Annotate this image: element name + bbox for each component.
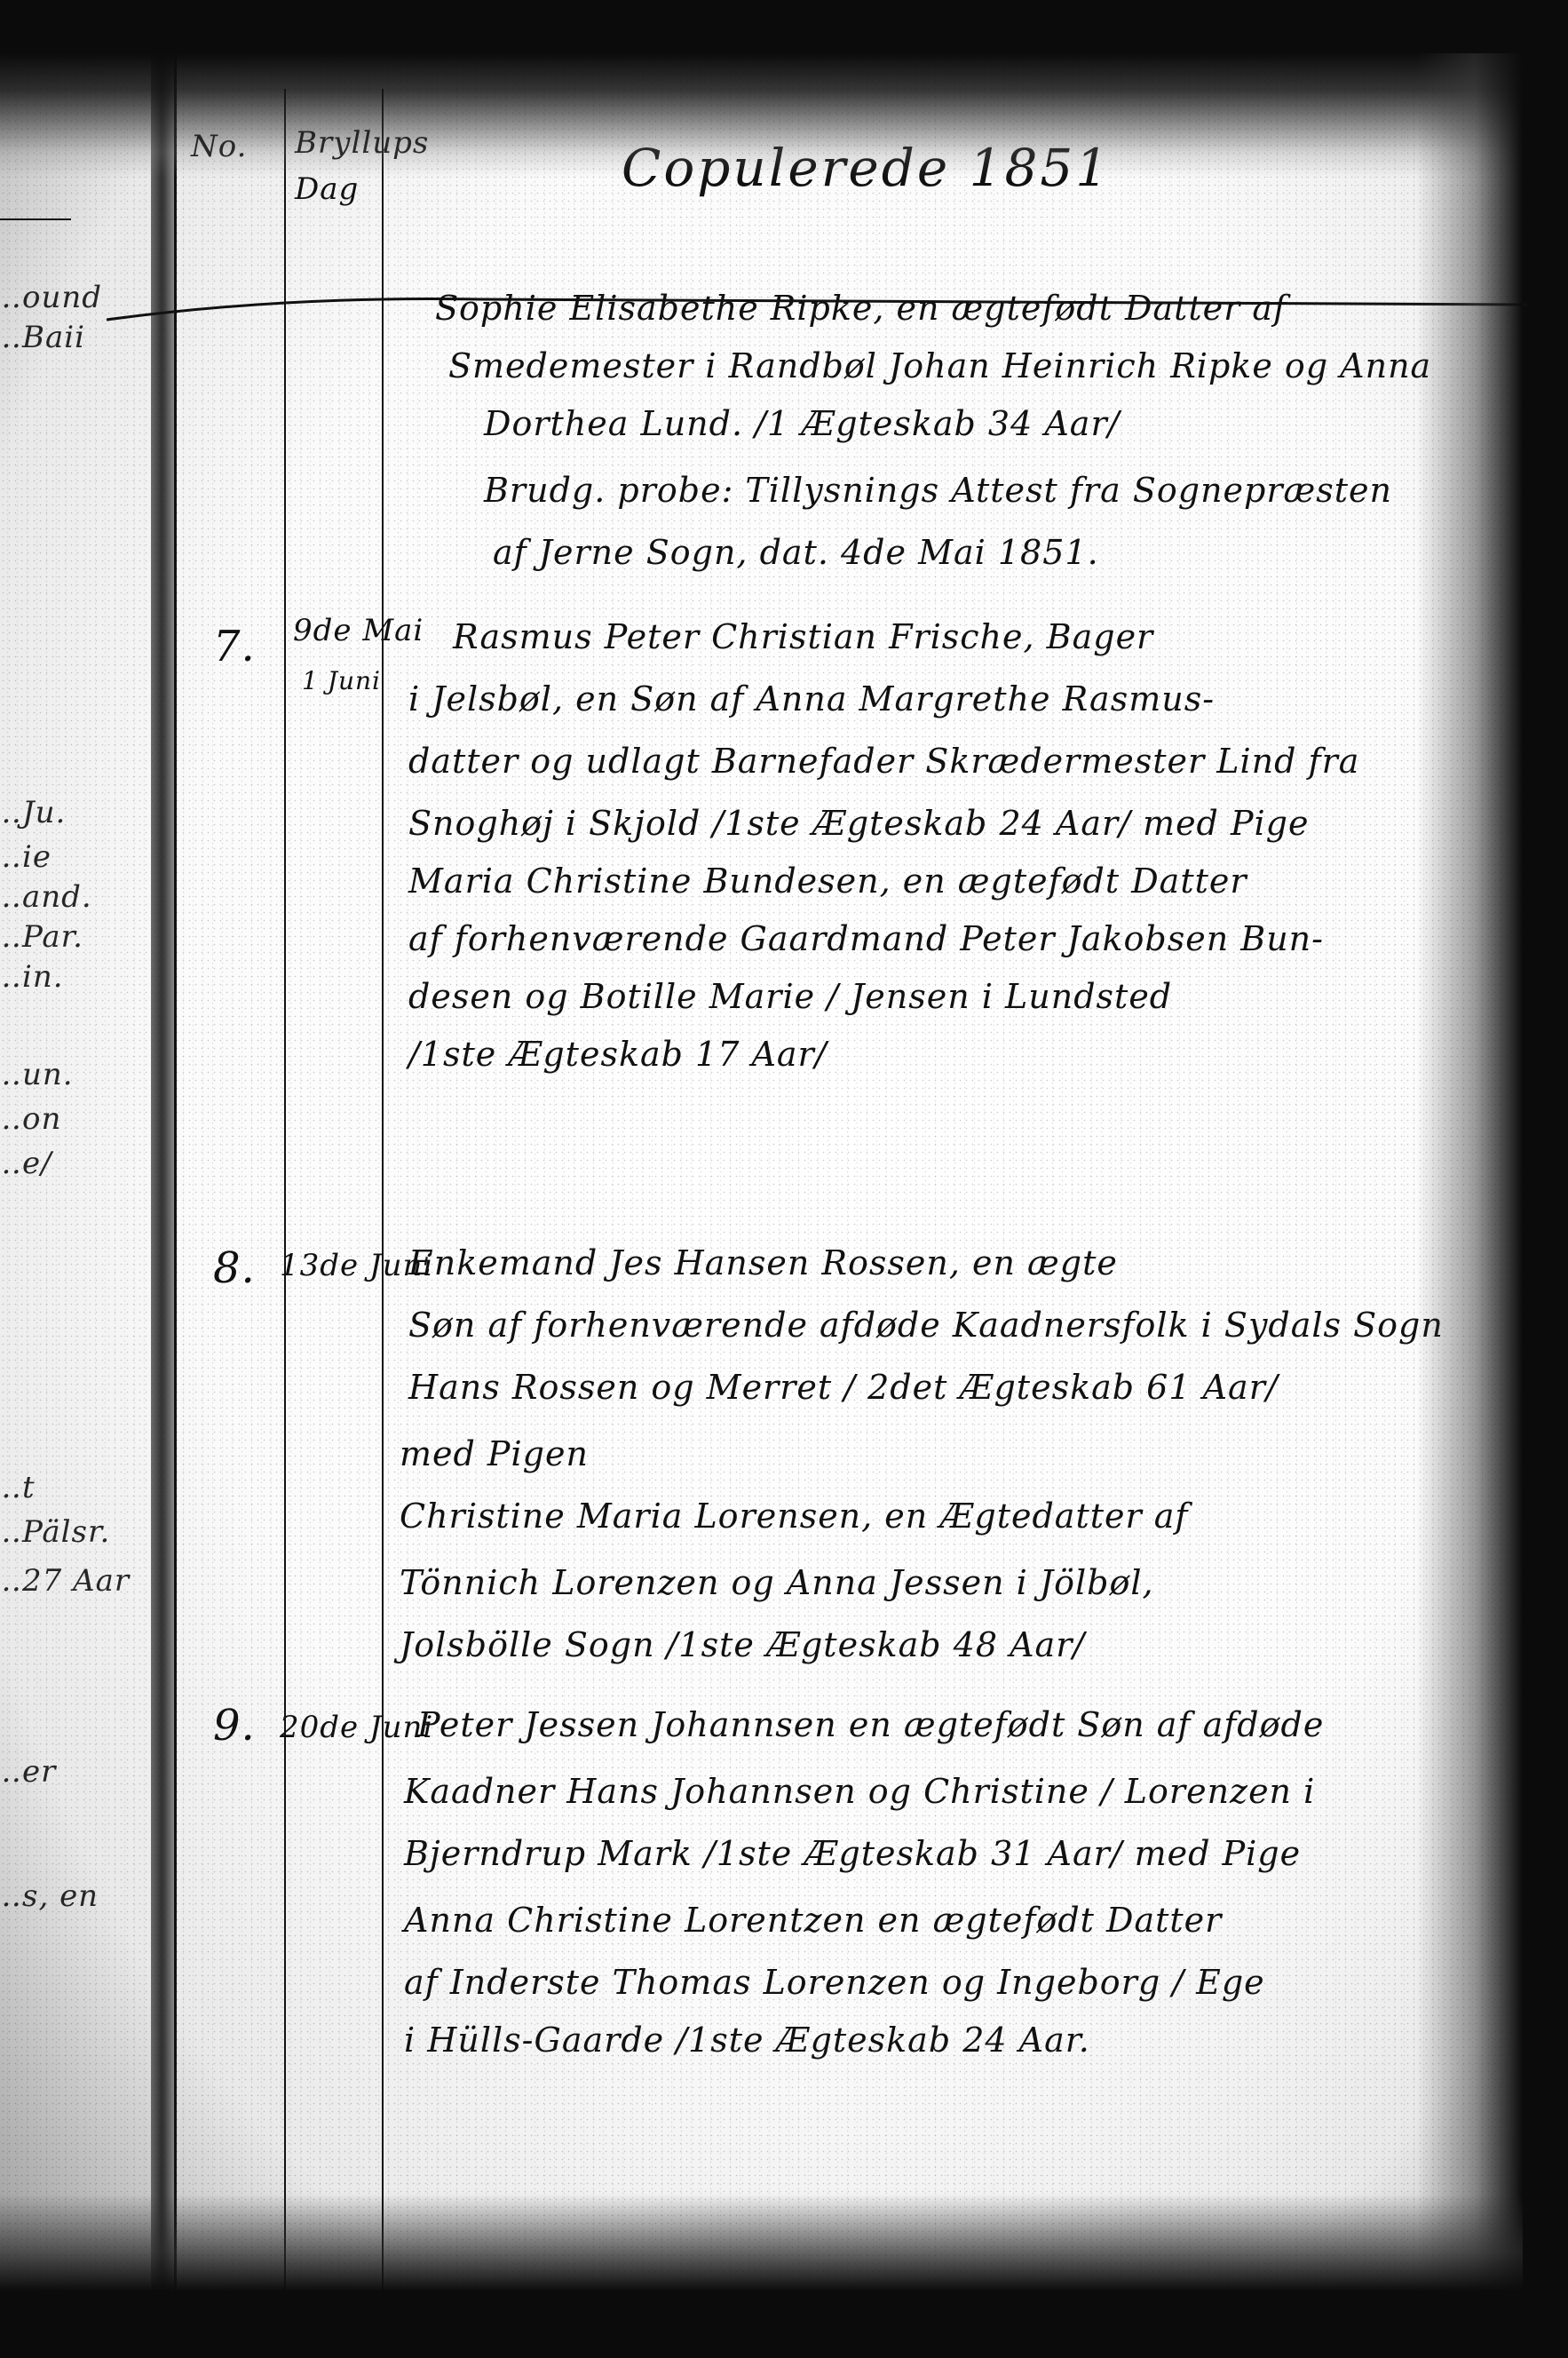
facing-page-fragment: …Baii (0, 320, 85, 355)
facing-page-fragment: …Par. (0, 919, 83, 955)
entry-line: af Jerne Sogn, dat. 4de Mai 1851. (493, 533, 1099, 572)
entry-line: Bjerndrup Mark /1ste Ægteskab 31 Aar/ me… (404, 1834, 1301, 1873)
entry-line: Kaadner Hans Johannsen og Christine / Lo… (404, 1772, 1315, 1811)
entry-line: Enkemand Jes Hansen Rossen, en ægte (408, 1243, 1118, 1282)
facing-page-rule (0, 218, 71, 220)
facing-page-fragment: …ound (0, 280, 102, 315)
facing-page-fragment: …Ju. (0, 795, 66, 830)
entry-line: Christine Maria Lorensen, en Ægtedatter … (400, 1497, 1188, 1536)
entry-date: 20de Juni (280, 1710, 433, 1745)
scan-shadow-bottom (0, 2194, 1523, 2291)
facing-page-fragment: …and. (0, 879, 92, 915)
entry-line: Maria Christine Bundesen, en ægtefødt Da… (408, 861, 1247, 901)
entry-line: Jolsbölle Sogn /1ste Ægteskab 48 Aar/ (400, 1625, 1085, 1664)
entry-line: Hans Rossen og Merret / 2det Ægteskab 61… (408, 1368, 1279, 1407)
entry-line: /1ste Ægteskab 17 Aar/ (408, 1035, 828, 1074)
entry-line: datter og udlagt Barnefader Skrædermeste… (408, 742, 1359, 781)
entry-line: med Pigen (400, 1434, 589, 1473)
register-page: …ound…Baii…Ju.…ie…and.…Par.…in.…un.…on…e… (0, 53, 1523, 2291)
scan-shadow-right (1416, 53, 1523, 2291)
entry-line: Anna Christine Lorentzen en ægtefødt Dat… (404, 1901, 1222, 1940)
facing-page-fragment: …e/ (0, 1146, 52, 1181)
entry-line: Sophie Elisabethe Ripke, en ægtefødt Dat… (435, 289, 1287, 328)
scan-noise (0, 53, 1523, 2291)
entry-number: 8. (213, 1243, 256, 1293)
facing-page-fragment: …in. (0, 959, 64, 995)
entry-line: Søn af forhenværende afdøde Kaadnersfolk… (408, 1306, 1444, 1345)
entry-line: af forhenværende Gaardmand Peter Jakobse… (408, 919, 1324, 958)
facing-page-fragment: …un. (0, 1057, 74, 1092)
facing-page-fragment: …27 Aar (0, 1563, 130, 1599)
book-gutter (151, 53, 174, 2291)
column-rule-number (284, 89, 286, 2291)
entry-line: Tönnich Lorenzen og Anna Jessen i Jölbøl… (400, 1563, 1154, 1602)
facing-page-fragment: …Pälsr. (0, 1514, 110, 1550)
entry-line: Snoghøj i Skjold /1ste Ægteskab 24 Aar/ … (408, 804, 1310, 843)
entry-line: i Hülls-Gaarde /1ste Ægteskab 24 Aar. (404, 2021, 1090, 2060)
entry-line: i Jelsbøl, en Søn af Anna Margrethe Rasm… (408, 679, 1215, 719)
entry-date: 9de Mai (293, 613, 424, 648)
facing-page-fragment: …er (0, 1754, 56, 1790)
entry-number: 7. (213, 622, 256, 671)
entry-line: Brudg. probe: Tillysnings Attest fra Sog… (484, 471, 1392, 510)
entry-line: Dorthea Lund. /1 Ægteskab 34 Aar/ (484, 404, 1120, 443)
facing-page-fragment: …on (0, 1101, 61, 1137)
entry-line: Peter Jessen Johannsen en ægtefødt Søn a… (417, 1705, 1324, 1744)
column-rule-left (174, 53, 177, 2291)
column-rule-date (382, 89, 384, 2291)
facing-page-fragment: …ie (0, 839, 51, 875)
entry-line: desen og Botille Marie / Jensen i Lundst… (408, 977, 1172, 1016)
entry-line: Rasmus Peter Christian Frische, Bager (453, 617, 1153, 656)
entry-line: af Inderste Thomas Lorenzen og Ingeborg … (404, 1963, 1265, 2002)
entry-number: 9. (213, 1701, 256, 1751)
entry-date-secondary: 1 Juni (302, 666, 381, 695)
entry-line: Smedemester i Randbøl Johan Heinrich Rip… (448, 346, 1431, 385)
facing-page-fragment: …t (0, 1470, 36, 1505)
scan-shadow-top (0, 53, 1523, 178)
facing-page-fragment: …s, en (0, 1878, 99, 1914)
